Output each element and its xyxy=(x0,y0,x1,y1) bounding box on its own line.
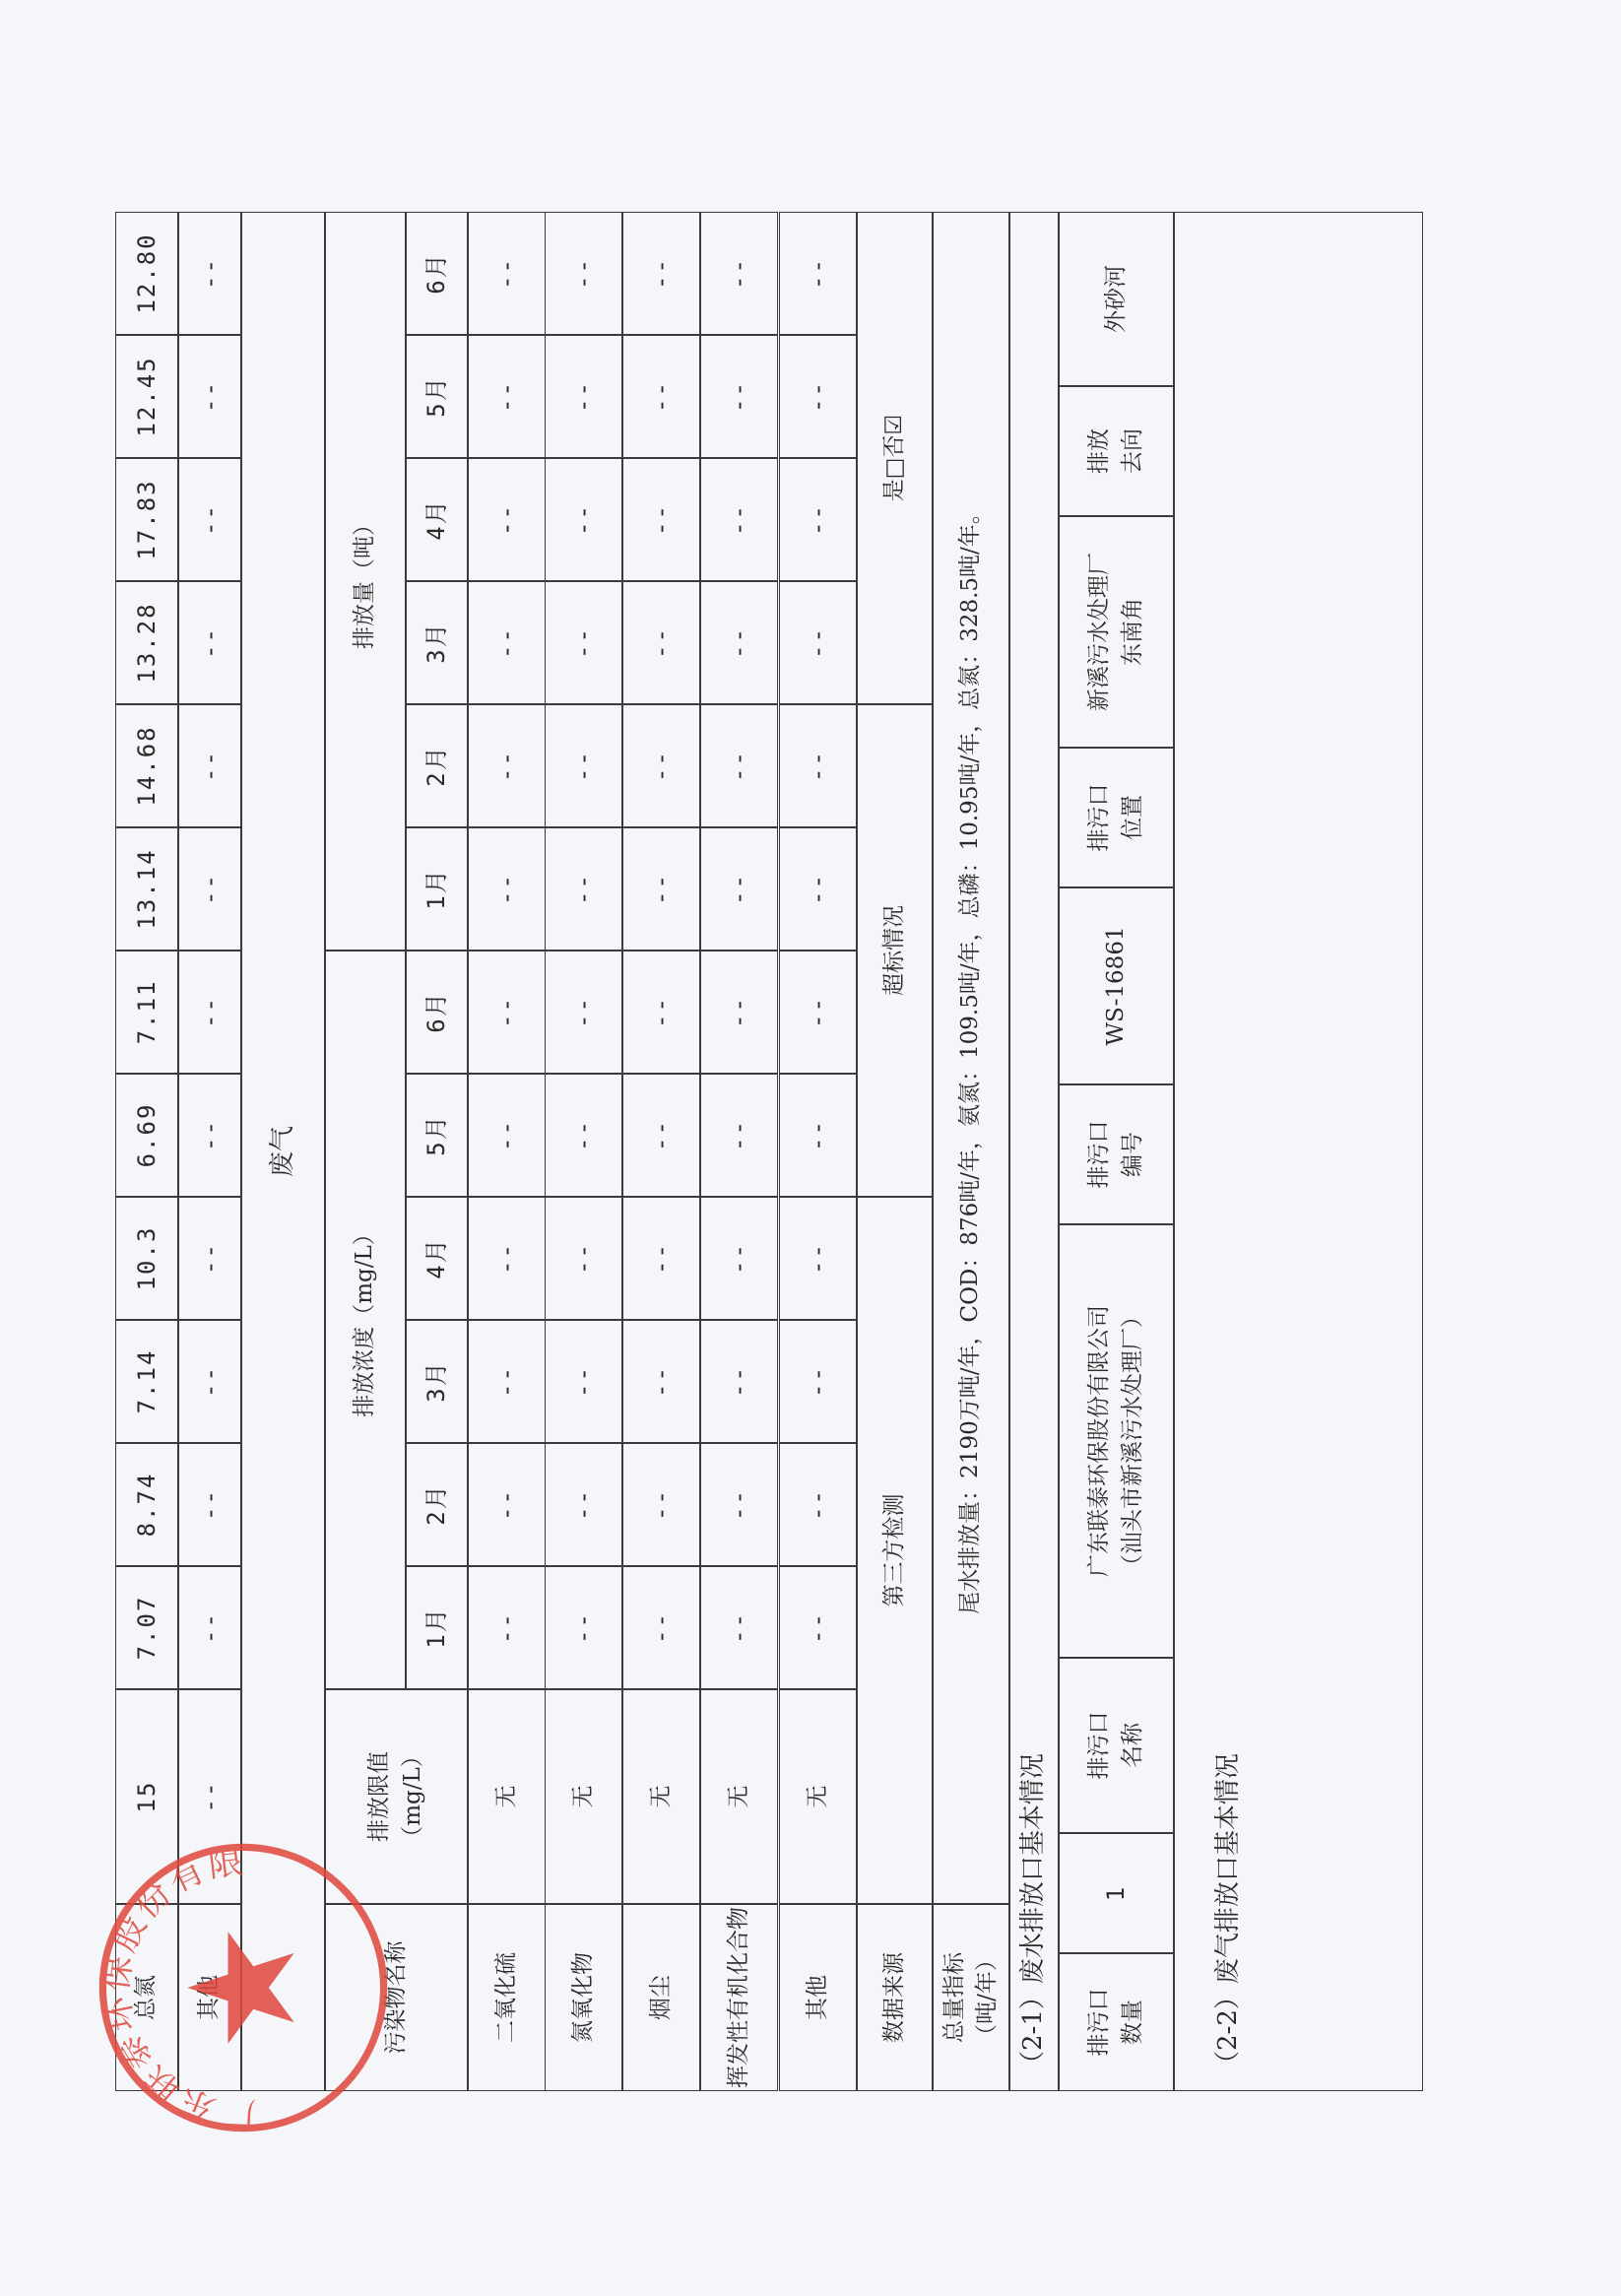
gas-value-cell-text: -- xyxy=(644,1611,679,1644)
gas-value-cell-text: -- xyxy=(566,257,601,290)
header-month: 6月 xyxy=(406,212,468,335)
gas-value-cell: -- xyxy=(700,827,778,951)
gas-pollutant-name-text: 烟尘 xyxy=(645,1975,678,2020)
gas-value-cell-text: -- xyxy=(489,380,524,413)
gas-value-cell-text: -- xyxy=(489,626,524,659)
gas-value-cell-text: -- xyxy=(644,1365,679,1398)
gas-value-cell: -- xyxy=(700,1197,778,1320)
water-value-cell: -- xyxy=(178,1320,241,1443)
outlet-location-label: 排污口 位置 xyxy=(1059,748,1174,887)
gas-value-cell: -- xyxy=(622,951,700,1074)
header-limit: 排放限值 （mg/L） xyxy=(325,1689,468,1904)
gas-value-cell-text: -- xyxy=(801,257,835,290)
total-quota-value-text: 尾水排放量：2190万吨/年，COD：876吨/年，氨氮：109.5吨/年，总磷… xyxy=(954,501,987,1614)
gas-value-cell: -- xyxy=(779,212,857,335)
gas-value-cell-text: -- xyxy=(801,503,835,536)
water-limit: -- xyxy=(178,1689,241,1904)
water-pollutant-name-text: 其他 xyxy=(193,1975,226,2020)
section-2-2-title-text: （2-2）废气排放口基本情况 xyxy=(1210,1753,1248,2076)
gas-value-cell: -- xyxy=(545,827,622,951)
water-value-cell: 7.07 xyxy=(115,1566,178,1689)
gas-value-cell: -- xyxy=(468,1566,546,1689)
water-value-cell-text: -- xyxy=(193,996,227,1028)
water-value-cell: 12.80 xyxy=(115,212,178,335)
header-month: 1月 xyxy=(406,1566,468,1689)
outlet-id-label: 排污口 编号 xyxy=(1059,1084,1174,1224)
gas-limit-text: 无 xyxy=(490,1786,523,1808)
gas-value-cell: -- xyxy=(468,335,546,458)
water-value-cell-text: 12.45 xyxy=(130,356,164,436)
water-value-cell-text: 6.69 xyxy=(130,1103,164,1168)
gas-value-cell: -- xyxy=(622,1566,700,1689)
gas-value-cell-text: -- xyxy=(722,1242,756,1275)
water-value-cell: 14.68 xyxy=(115,704,178,827)
outlet-count-label: 排污口 数量 xyxy=(1059,1953,1174,2091)
gas-value-cell: -- xyxy=(468,1074,546,1197)
gas-value-cell: -- xyxy=(700,1443,778,1566)
gas-value-cell-text: -- xyxy=(489,1242,524,1275)
gas-value-cell-text: -- xyxy=(801,380,835,413)
water-value-cell: -- xyxy=(178,827,241,951)
gas-value-cell: -- xyxy=(468,951,546,1074)
header-month-text: 1月 xyxy=(420,1607,454,1648)
gas-limit-text: 无 xyxy=(567,1786,600,1808)
header-month: 3月 xyxy=(406,581,468,704)
section-2-1-title: （2-1）废水排放口基本情况 xyxy=(1009,212,1059,2091)
header-month-text: 4月 xyxy=(420,1237,454,1279)
gas-value-cell: -- xyxy=(545,581,622,704)
gas-value-cell: -- xyxy=(700,458,778,581)
gas-value-cell: -- xyxy=(468,212,546,335)
header-pollutant-name-text: 污染物名称 xyxy=(380,1941,413,2055)
header-month-text: 2月 xyxy=(420,745,454,786)
water-value-cell-text: 17.83 xyxy=(130,479,164,559)
gas-value-cell-text: -- xyxy=(722,996,756,1028)
data-source-label: 数据来源 xyxy=(857,1904,933,2091)
water-value-cell-text: 8.74 xyxy=(130,1473,164,1538)
gas-value-cell: -- xyxy=(468,581,546,704)
gas-limit: 无 xyxy=(468,1689,546,1904)
gas-value-cell: -- xyxy=(700,1320,778,1443)
exceed-label: 超标情况 xyxy=(857,704,933,1197)
water-value-cell-text: -- xyxy=(193,1119,227,1151)
gas-value-cell-text: -- xyxy=(566,750,601,782)
gas-section-title-text: 废气 xyxy=(265,1126,302,1177)
gas-value-cell-text: -- xyxy=(722,503,756,536)
header-month-text: 1月 xyxy=(420,868,454,909)
gas-value-cell: -- xyxy=(545,335,622,458)
water-value-cell: -- xyxy=(178,1566,241,1689)
gas-value-cell: -- xyxy=(779,335,857,458)
outlet-count-text: 1 xyxy=(1099,1885,1134,1901)
water-value-cell-text: 13.14 xyxy=(130,848,164,929)
gas-value-cell-text: -- xyxy=(566,380,601,413)
gas-value-cell: -- xyxy=(468,1443,546,1566)
gas-limit-text: 无 xyxy=(723,1786,755,1808)
gas-value-cell: -- xyxy=(545,704,622,827)
gas-value-cell: -- xyxy=(700,212,778,335)
water-value-cell: 7.14 xyxy=(115,1320,178,1443)
header-month-text: 3月 xyxy=(420,622,454,663)
gas-value-cell-text: -- xyxy=(801,1365,835,1398)
gas-value-cell-text: -- xyxy=(722,750,756,782)
gas-value-cell-text: -- xyxy=(722,626,756,659)
gas-value-cell-text: -- xyxy=(566,1365,601,1398)
header-month: 3月 xyxy=(406,1320,468,1443)
water-limit-text: -- xyxy=(193,1781,227,1813)
header-month: 1月 xyxy=(406,827,468,951)
gas-value-cell: -- xyxy=(545,1197,622,1320)
gas-value-cell: -- xyxy=(545,951,622,1074)
gas-value-cell: -- xyxy=(622,335,700,458)
discharge-direction: 外砂河 xyxy=(1059,212,1174,386)
water-value-cell-text: -- xyxy=(193,1242,227,1275)
water-value-cell: 6.69 xyxy=(115,1074,178,1197)
header-month-text: 6月 xyxy=(420,991,454,1032)
water-value-cell: 12.45 xyxy=(115,335,178,458)
water-value-cell: -- xyxy=(178,212,241,335)
header-month: 6月 xyxy=(406,951,468,1074)
gas-value-cell-text: -- xyxy=(489,1611,524,1644)
gas-pollutant-name: 二氧化硫 xyxy=(468,1904,546,2091)
outlet-count-label-text: 排污口 数量 xyxy=(1083,1989,1149,2057)
header-month: 4月 xyxy=(406,458,468,581)
gas-value-cell-text: -- xyxy=(644,626,679,659)
gas-value-cell: -- xyxy=(700,1566,778,1689)
gas-value-cell-text: -- xyxy=(489,1488,524,1521)
gas-value-cell-text: -- xyxy=(489,873,524,905)
water-value-cell: 7.11 xyxy=(115,951,178,1074)
water-value-cell: -- xyxy=(178,581,241,704)
gas-value-cell: -- xyxy=(700,581,778,704)
gas-value-cell: -- xyxy=(468,704,546,827)
header-month: 2月 xyxy=(406,1443,468,1566)
water-value-cell: -- xyxy=(178,335,241,458)
discharge-direction-label: 排放 去向 xyxy=(1059,386,1174,516)
gas-value-cell: -- xyxy=(779,827,857,951)
section-2-1-title-text: （2-1）废水排放口基本情况 xyxy=(1015,1753,1053,2076)
water-value-cell: 13.14 xyxy=(115,827,178,951)
header-month-text: 6月 xyxy=(420,252,454,294)
discharge-direction-text: 外砂河 xyxy=(1100,265,1133,333)
gas-value-cell: -- xyxy=(545,212,622,335)
gas-value-cell-text: -- xyxy=(566,1242,601,1275)
header-pollutant-name: 污染物名称 xyxy=(325,1904,468,2091)
data-source-label-text: 数据来源 xyxy=(878,1952,911,2043)
gas-value-cell-text: -- xyxy=(489,996,524,1028)
gas-value-cell: -- xyxy=(700,951,778,1074)
header-month-text: 5月 xyxy=(420,375,454,417)
gas-value-cell: -- xyxy=(700,704,778,827)
gas-value-cell-text: -- xyxy=(566,1611,601,1644)
gas-value-cell-text: -- xyxy=(801,750,835,782)
water-limit: 15 xyxy=(115,1689,178,1904)
gas-value-cell: -- xyxy=(779,704,857,827)
water-value-cell: 13.28 xyxy=(115,581,178,704)
gas-value-cell-text: -- xyxy=(801,1119,835,1151)
header-month: 2月 xyxy=(406,704,468,827)
exceed-value-text: 是□否☑ xyxy=(878,415,911,501)
gas-section-title: 废气 xyxy=(241,212,325,2091)
gas-pollutant-name-text: 其他 xyxy=(802,1975,834,2020)
gas-value-cell-text: -- xyxy=(644,1119,679,1151)
gas-value-cell-text: -- xyxy=(566,1488,601,1521)
gas-value-cell-text: -- xyxy=(801,626,835,659)
gas-value-cell: -- xyxy=(622,1320,700,1443)
water-value-cell-text: -- xyxy=(193,1611,227,1644)
gas-value-cell-text: -- xyxy=(489,750,524,782)
header-month-text: 5月 xyxy=(420,1114,454,1155)
water-pollutant-name: 其他 xyxy=(178,1904,241,2091)
gas-value-cell: -- xyxy=(468,1197,546,1320)
gas-value-cell-text: -- xyxy=(722,1119,756,1151)
gas-value-cell-text: -- xyxy=(566,626,601,659)
gas-pollutant-name: 烟尘 xyxy=(622,1904,700,2091)
gas-value-cell: -- xyxy=(700,1074,778,1197)
header-concentration-text: 排放浓度（mg/L） xyxy=(349,1222,381,1417)
outlet-name: 广东联泰环保股份有限公司 （汕头市新溪污水处理厂） xyxy=(1059,1224,1174,1658)
water-value-cell-text: 10.3 xyxy=(130,1226,164,1291)
gas-value-cell: -- xyxy=(779,951,857,1074)
gas-pollutant-name: 其他 xyxy=(779,1904,857,2091)
gas-value-cell: -- xyxy=(779,458,857,581)
gas-value-cell: -- xyxy=(545,1074,622,1197)
gas-value-cell: -- xyxy=(545,1320,622,1443)
outlet-id-text: WS-16861 xyxy=(1100,926,1133,1045)
outlet-location: 新溪污水处理厂 东南角 xyxy=(1059,516,1174,748)
gas-value-cell: -- xyxy=(468,458,546,581)
header-month-text: 2月 xyxy=(420,1483,454,1525)
header-month: 5月 xyxy=(406,1074,468,1197)
gas-value-cell-text: -- xyxy=(644,873,679,905)
gas-value-cell-text: -- xyxy=(722,380,756,413)
outlet-name-label-text: 排污口 名称 xyxy=(1083,1712,1149,1780)
gas-value-cell: -- xyxy=(468,1320,546,1443)
outlet-location-label-text: 排污口 位置 xyxy=(1083,784,1149,852)
gas-value-cell: -- xyxy=(700,335,778,458)
gas-limit: 无 xyxy=(622,1689,700,1904)
gas-value-cell-text: -- xyxy=(566,873,601,905)
water-value-cell-text: -- xyxy=(193,257,227,290)
gas-value-cell-text: -- xyxy=(801,1611,835,1644)
water-value-cell-text: 7.11 xyxy=(130,980,164,1045)
water-value-cell: -- xyxy=(178,1443,241,1566)
gas-value-cell-text: -- xyxy=(644,750,679,782)
header-volume-text: 排放量（吨） xyxy=(349,513,381,649)
gas-value-cell: -- xyxy=(779,1320,857,1443)
gas-limit-text: 无 xyxy=(802,1786,834,1808)
gas-value-cell: -- xyxy=(622,212,700,335)
gas-value-cell-text: -- xyxy=(644,503,679,536)
water-value-cell: -- xyxy=(178,1197,241,1320)
gas-pollutant-name: 挥发性有机化合物 xyxy=(700,1904,778,2091)
header-concentration: 排放浓度（mg/L） xyxy=(325,951,406,1689)
total-quota-label: 总量指标 （吨/年） xyxy=(933,1904,1009,2091)
data-source-value-text: 第三方检测 xyxy=(878,1494,911,1607)
water-value-cell-text: -- xyxy=(193,626,227,659)
water-value-cell: -- xyxy=(178,951,241,1074)
gas-value-cell-text: -- xyxy=(489,1365,524,1398)
outlet-name-text: 广东联泰环保股份有限公司 （汕头市新溪污水处理厂） xyxy=(1083,1305,1149,1577)
gas-value-cell: -- xyxy=(779,1566,857,1689)
gas-limit: 无 xyxy=(779,1689,857,1904)
water-pollutant-name: 总氮 xyxy=(115,1904,178,2091)
rotated-document-page: 总氮157.078.747.1410.36.697.1113.1414.6813… xyxy=(115,212,1423,2091)
header-month-text: 3月 xyxy=(420,1360,454,1402)
gas-value-cell-text: -- xyxy=(722,1488,756,1521)
gas-value-cell: -- xyxy=(545,1443,622,1566)
gas-limit: 无 xyxy=(700,1689,778,1904)
gas-value-cell: -- xyxy=(779,1443,857,1566)
gas-value-cell: -- xyxy=(622,581,700,704)
gas-value-cell: -- xyxy=(622,827,700,951)
gas-value-cell-text: -- xyxy=(722,873,756,905)
gas-value-cell-text: -- xyxy=(722,1611,756,1644)
gas-limit-text: 无 xyxy=(645,1786,678,1808)
gas-value-cell-text: -- xyxy=(644,1488,679,1521)
gas-pollutant-name-text: 二氧化硫 xyxy=(490,1952,523,2043)
gas-value-cell: -- xyxy=(779,581,857,704)
water-value-cell: 8.74 xyxy=(115,1443,178,1566)
gas-value-cell-text: -- xyxy=(489,257,524,290)
outlet-id: WS-16861 xyxy=(1059,887,1174,1084)
water-value-cell: -- xyxy=(178,1074,241,1197)
header-month: 5月 xyxy=(406,335,468,458)
gas-value-cell-text: -- xyxy=(722,257,756,290)
water-value-cell-text: 13.28 xyxy=(130,602,164,683)
water-value-cell: 17.83 xyxy=(115,458,178,581)
water-value-cell-text: 7.14 xyxy=(130,1349,164,1414)
water-value-cell-text: -- xyxy=(193,380,227,413)
total-quota-label-text: 总量指标 （吨/年） xyxy=(939,1948,1005,2047)
outlet-count: 1 xyxy=(1059,1833,1174,1953)
gas-value-cell-text: -- xyxy=(644,257,679,290)
gas-value-cell: -- xyxy=(545,458,622,581)
gas-value-cell: -- xyxy=(779,1197,857,1320)
gas-value-cell-text: -- xyxy=(566,1119,601,1151)
water-pollutant-name-text: 总氮 xyxy=(130,1975,162,2020)
gas-value-cell-text: -- xyxy=(644,996,679,1028)
header-volume: 排放量（吨） xyxy=(325,212,406,951)
gas-value-cell: -- xyxy=(622,458,700,581)
water-value-cell: -- xyxy=(178,458,241,581)
gas-value-cell-text: -- xyxy=(801,1488,835,1521)
gas-value-cell-text: -- xyxy=(644,1242,679,1275)
gas-pollutant-name-text: 氮氧化物 xyxy=(567,1952,600,2043)
exceed-label-text: 超标情况 xyxy=(878,905,911,996)
gas-value-cell: -- xyxy=(545,1566,622,1689)
water-value-cell-text: -- xyxy=(193,503,227,536)
gas-pollutant-name-text: 挥发性有机化合物 xyxy=(723,1907,755,2088)
header-month: 4月 xyxy=(406,1197,468,1320)
outlet-id-label-text: 排污口 编号 xyxy=(1083,1121,1149,1189)
gas-value-cell-text: -- xyxy=(801,873,835,905)
outlet-location-text: 新溪污水处理厂 东南角 xyxy=(1083,553,1149,711)
gas-value-cell-text: -- xyxy=(489,503,524,536)
discharge-direction-label-text: 排放 去向 xyxy=(1083,428,1149,474)
gas-value-cell: -- xyxy=(779,1074,857,1197)
data-source-value: 第三方检测 xyxy=(857,1197,933,1904)
water-value-cell: 10.3 xyxy=(115,1197,178,1320)
water-value-cell: -- xyxy=(178,704,241,827)
gas-value-cell-text: -- xyxy=(722,1365,756,1398)
gas-value-cell: -- xyxy=(622,1074,700,1197)
gas-value-cell: -- xyxy=(622,1197,700,1320)
gas-value-cell-text: -- xyxy=(566,996,601,1028)
gas-value-cell-text: -- xyxy=(566,503,601,536)
gas-value-cell: -- xyxy=(622,704,700,827)
water-value-cell-text: 7.07 xyxy=(130,1596,164,1661)
header-month-text: 4月 xyxy=(420,498,454,540)
total-quota-value: 尾水排放量：2190万吨/年，COD：876吨/年，氨氮：109.5吨/年，总磷… xyxy=(933,212,1009,1904)
gas-value-cell-text: -- xyxy=(644,380,679,413)
header-limit-text: 排放限值 （mg/L） xyxy=(363,1744,429,1849)
water-value-cell-text: -- xyxy=(193,1488,227,1521)
gas-value-cell-text: -- xyxy=(801,1242,835,1275)
outlet-name-label: 排污口 名称 xyxy=(1059,1658,1174,1833)
section-2-2-title: （2-2）废气排放口基本情况 xyxy=(1174,212,1423,2091)
gas-pollutant-name: 氮氧化物 xyxy=(545,1904,622,2091)
water-value-cell-text: -- xyxy=(193,750,227,782)
water-value-cell-text: 14.68 xyxy=(130,725,164,806)
water-value-cell-text: -- xyxy=(193,873,227,905)
gas-value-cell: -- xyxy=(468,827,546,951)
water-value-cell-text: -- xyxy=(193,1365,227,1398)
gas-value-cell-text: -- xyxy=(489,1119,524,1151)
gas-value-cell-text: -- xyxy=(801,996,835,1028)
water-limit-text: 15 xyxy=(130,1781,164,1813)
gas-value-cell: -- xyxy=(622,1443,700,1566)
gas-limit: 无 xyxy=(545,1689,622,1904)
exceed-value: 是□否☑ xyxy=(857,212,933,704)
water-value-cell-text: 12.80 xyxy=(130,232,164,313)
